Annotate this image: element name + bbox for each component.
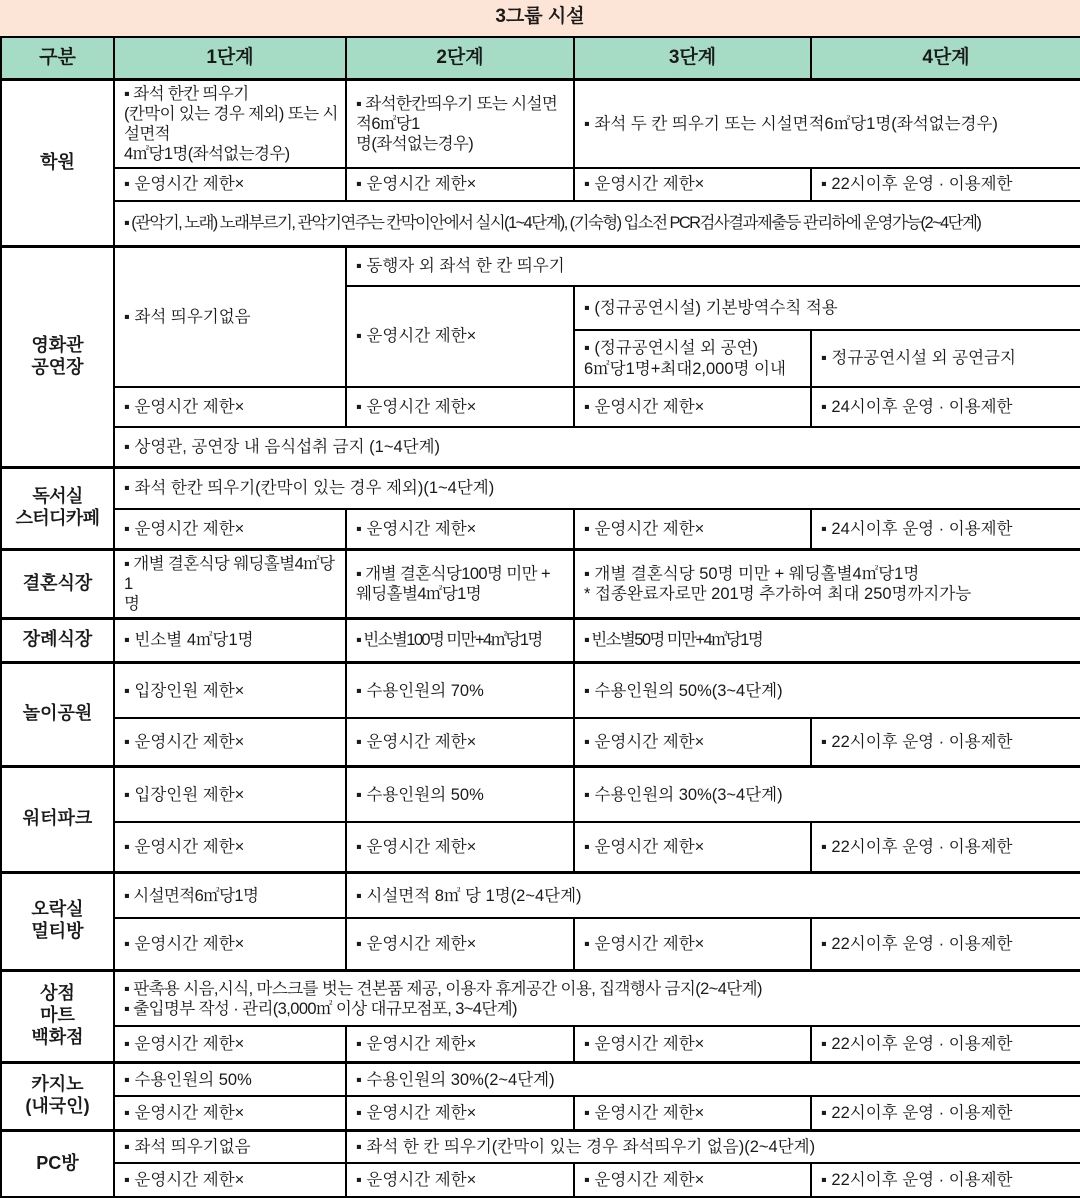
row-label-study: 독서실 스터디카페	[1, 467, 114, 549]
cell-cinema-s2-hours2: ▪ 운영시간 제한×	[346, 387, 574, 427]
cell-hakwon-s3-hours: ▪ 운영시간 제한×	[574, 168, 811, 201]
cell-arcade-s1: ▪ 시설면적6㎡당1명	[114, 872, 346, 918]
cell-arcade-s2-hours: ▪ 운영시간 제한×	[346, 918, 574, 970]
row-funeral: 장례식장 ▪ 빈소별 4㎡당1명 ▪ 빈소별100명 미만+4㎡당1명 ▪ 빈소…	[1, 618, 1080, 662]
cell-arcade-s3-hours: ▪ 운영시간 제한×	[574, 918, 811, 970]
cell-waterpark-s1-hours: ▪ 운영시간 제한×	[114, 822, 346, 872]
cell-study-s4-hours: ▪ 24시이후 운영 · 이용제한	[811, 509, 1080, 549]
cell-waterpark-s2: ▪ 수용인원의 50%	[346, 766, 574, 822]
cell-casino-s234: ▪ 수용인원의 30%(2~4단계)	[346, 1062, 1080, 1096]
cell-hakwon-s34-distancing: ▪ 좌석 두 칸 띄우기 또는 시설면적6㎡당1명(좌석없는경우)	[574, 79, 1080, 168]
cell-hakwon-s2-distancing: ▪ 좌석한칸띄우기 또는 시설면적6㎡당1 명(좌석없는경우)	[346, 79, 574, 168]
row-pcroom-hours: ▪ 운영시간 제한× ▪ 운영시간 제한× ▪ 운영시간 제한× ▪ 22시이후…	[1, 1163, 1080, 1197]
cell-casino-s4-hours: ▪ 22시이후 운영 · 이용제한	[811, 1096, 1080, 1130]
cell-funeral-s2: ▪ 빈소별100명 미만+4㎡당1명	[346, 618, 574, 662]
cell-cinema-note: ▪ 상영관, 공연장 내 음식섭취 금지 (1~4단계)	[114, 427, 1080, 467]
cell-cinema-s1-hours: ▪ 운영시간 제한×	[114, 387, 346, 427]
cell-wedding-s2: ▪ 개별 결혼식당100명 미만 + 웨딩홀별4㎡당1명	[346, 549, 574, 618]
cell-hakwon-s1-hours: ▪ 운영시간 제한×	[114, 168, 346, 201]
row-cinema-note: ▪ 상영관, 공연장 내 음식섭취 금지 (1~4단계)	[1, 427, 1080, 467]
row-casino-hours: ▪ 운영시간 제한× ▪ 운영시간 제한× ▪ 운영시간 제한× ▪ 22시이후…	[1, 1096, 1080, 1130]
cell-arcade-s1-hours: ▪ 운영시간 제한×	[114, 918, 346, 970]
cell-casino-s1-hours: ▪ 운영시간 제한×	[114, 1096, 346, 1130]
cell-cinema-s3-hours: ▪ 운영시간 제한×	[574, 387, 811, 427]
cell-pcroom-s4-hours: ▪ 22시이후 운영 · 이용제한	[811, 1163, 1080, 1197]
header-row: 구분 1단계 2단계 3단계 4단계	[1, 37, 1080, 79]
row-store-hours: ▪ 운영시간 제한× ▪ 운영시간 제한× ▪ 운영시간 제한× ▪ 22시이후…	[1, 1026, 1080, 1062]
cell-waterpark-s4-hours: ▪ 22시이후 운영 · 이용제한	[811, 822, 1080, 872]
cell-cinema-s1-distancing: ▪ 좌석 띄우기없음	[114, 246, 346, 387]
cell-pcroom-s1-hours: ▪ 운영시간 제한×	[114, 1163, 346, 1197]
cell-waterpark-s34: ▪ 수용인원의 30%(3~4단계)	[574, 766, 1080, 822]
cell-waterpark-s2-hours: ▪ 운영시간 제한×	[346, 822, 574, 872]
cell-casino-s3-hours: ▪ 운영시간 제한×	[574, 1096, 811, 1130]
column-header-stage3: 3단계	[574, 37, 811, 79]
row-hakwon-hours: ▪ 운영시간 제한× ▪ 운영시간 제한× ▪ 운영시간 제한× ▪ 22시이후…	[1, 168, 1080, 201]
cell-study-rule: ▪ 좌석 한칸 띄우기(칸막이 있는 경우 제외)(1~4단계)	[114, 467, 1080, 509]
row-study-hours: ▪ 운영시간 제한× ▪ 운영시간 제한× ▪ 운영시간 제한× ▪ 24시이후…	[1, 509, 1080, 549]
column-header-stage1: 1단계	[114, 37, 346, 79]
cell-store-s2-hours: ▪ 운영시간 제한×	[346, 1026, 574, 1062]
row-hakwon-distancing: 학원 ▪ 좌석 한칸 띄우기 (칸막이 있는 경우 제외) 또는 시설면적 4㎡…	[1, 79, 1080, 168]
cell-waterpark-s3-hours: ▪ 운영시간 제한×	[574, 822, 811, 872]
cell-amusement-s4-hours: ▪ 22시이후 운영 · 이용제한	[811, 718, 1080, 766]
cell-amusement-s2: ▪ 수용인원의 70%	[346, 662, 574, 718]
row-amusement-hours: ▪ 운영시간 제한× ▪ 운영시간 제한× ▪ 운영시간 제한× ▪ 22시이후…	[1, 718, 1080, 766]
row-label-wedding: 결혼식장	[1, 549, 114, 618]
row-label-cinema: 영화관 공연장	[1, 246, 114, 467]
row-label-amusement: 놀이공원	[1, 662, 114, 766]
column-header-category: 구분	[1, 37, 114, 79]
cell-casino-s2-hours: ▪ 운영시간 제한×	[346, 1096, 574, 1130]
row-label-casino: 카지노 (내국인)	[1, 1062, 114, 1130]
cell-hakwon-note: ▪ (관악기, 노래) 노래부르기, 관악기연주는 칸막이안에서 실시(1~4단…	[114, 201, 1080, 246]
row-pcroom-distancing: PC방 ▪ 좌석 띄우기없음 ▪ 좌석 한 칸 띄우기(칸막이 있는 경우 좌석…	[1, 1130, 1080, 1163]
row-label-pcroom: PC방	[1, 1130, 114, 1197]
row-label-hakwon: 학원	[1, 79, 114, 246]
cell-store-s4-hours: ▪ 22시이후 운영 · 이용제한	[811, 1026, 1080, 1062]
column-header-stage4: 4단계	[811, 37, 1080, 79]
cell-study-s1-hours: ▪ 운영시간 제한×	[114, 509, 346, 549]
cell-cinema-s3-rule: ▪ (정규공연시설 외 공연) 6㎡당1명+최대2,000명 이내	[574, 330, 811, 387]
facility-restrictions-table: 구분 1단계 2단계 3단계 4단계 학원 ▪ 좌석 한칸 띄우기 (칸막이 있…	[0, 36, 1080, 1198]
cell-amusement-s2-hours: ▪ 운영시간 제한×	[346, 718, 574, 766]
cell-pcroom-s1: ▪ 좌석 띄우기없음	[114, 1130, 346, 1163]
row-store-note: 상점 마트 백화점 ▪ 판촉용 시음,시식, 마스크를 벗는 견본품 제공, 이…	[1, 970, 1080, 1026]
cell-arcade-s234: ▪ 시설면적 8㎡ 당 1명(2~4단계)	[346, 872, 1080, 918]
table-title: 3그룹 시설	[0, 0, 1080, 36]
cell-cinema-s34-rule: ▪ (정규공연시설) 기본방역수칙 적용	[574, 286, 1080, 330]
row-waterpark-capacity: 워터파크 ▪ 입장인원 제한× ▪ 수용인원의 50% ▪ 수용인원의 30%(…	[1, 766, 1080, 822]
cell-funeral-s1: ▪ 빈소별 4㎡당1명	[114, 618, 346, 662]
cell-wedding-s34: ▪ 개별 결혼식당 50명 미만 + 웨딩홀별4㎡당1명 * 접종완료자로만 2…	[574, 549, 1080, 618]
cell-store-note: ▪ 판촉용 시음,시식, 마스크를 벗는 견본품 제공, 이용자 휴게공간 이용…	[114, 970, 1080, 1026]
cell-arcade-s4-hours: ▪ 22시이후 운영 · 이용제한	[811, 918, 1080, 970]
cell-casino-s1: ▪ 수용인원의 50%	[114, 1062, 346, 1096]
row-label-arcade: 오락실 멀티방	[1, 872, 114, 970]
cell-study-s2-hours: ▪ 운영시간 제한×	[346, 509, 574, 549]
row-casino-capacity: 카지노 (내국인) ▪ 수용인원의 50% ▪ 수용인원의 30%(2~4단계)	[1, 1062, 1080, 1096]
cell-wedding-s1: ▪ 개별 결혼식당 웨딩홀별4㎡당1 명	[114, 549, 346, 618]
row-label-store: 상점 마트 백화점	[1, 970, 114, 1062]
cell-amusement-s3-hours: ▪ 운영시간 제한×	[574, 718, 811, 766]
cell-amusement-s1-hours: ▪ 운영시간 제한×	[114, 718, 346, 766]
cell-amusement-s1: ▪ 입장인원 제한×	[114, 662, 346, 718]
cell-store-s1-hours: ▪ 운영시간 제한×	[114, 1026, 346, 1062]
cell-cinema-s2-hours: ▪ 운영시간 제한×	[346, 286, 574, 387]
cell-cinema-s4-rule: ▪ 정규공연시설 외 공연금지	[811, 330, 1080, 387]
cell-cinema-s234-distancing: ▪ 동행자 외 좌석 한 칸 띄우기	[346, 246, 1080, 286]
cell-amusement-s34: ▪ 수용인원의 50%(3~4단계)	[574, 662, 1080, 718]
cell-hakwon-s1-distancing: ▪ 좌석 한칸 띄우기 (칸막이 있는 경우 제외) 또는 시설면적 4㎡당1명…	[114, 79, 346, 168]
cell-pcroom-s234: ▪ 좌석 한 칸 띄우기(칸막이 있는 경우 좌석띄우기 없음)(2~4단계)	[346, 1130, 1080, 1163]
cell-cinema-s4-hours: ▪ 24시이후 운영 · 이용제한	[811, 387, 1080, 427]
cell-hakwon-s2-hours: ▪ 운영시간 제한×	[346, 168, 574, 201]
row-label-waterpark: 워터파크	[1, 766, 114, 872]
cell-pcroom-s3-hours: ▪ 운영시간 제한×	[574, 1163, 811, 1197]
row-arcade-hours: ▪ 운영시간 제한× ▪ 운영시간 제한× ▪ 운영시간 제한× ▪ 22시이후…	[1, 918, 1080, 970]
row-cinema-hours: ▪ 운영시간 제한× ▪ 운영시간 제한× ▪ 운영시간 제한× ▪ 24시이후…	[1, 387, 1080, 427]
row-cinema-top: 영화관 공연장 ▪ 좌석 띄우기없음 ▪ 동행자 외 좌석 한 칸 띄우기	[1, 246, 1080, 286]
row-study-distancing: 독서실 스터디카페 ▪ 좌석 한칸 띄우기(칸막이 있는 경우 제외)(1~4단…	[1, 467, 1080, 509]
cell-waterpark-s1: ▪ 입장인원 제한×	[114, 766, 346, 822]
row-arcade-capacity: 오락실 멀티방 ▪ 시설면적6㎡당1명 ▪ 시설면적 8㎡ 당 1명(2~4단계…	[1, 872, 1080, 918]
row-waterpark-hours: ▪ 운영시간 제한× ▪ 운영시간 제한× ▪ 운영시간 제한× ▪ 22시이후…	[1, 822, 1080, 872]
row-label-funeral: 장례식장	[1, 618, 114, 662]
cell-store-s3-hours: ▪ 운영시간 제한×	[574, 1026, 811, 1062]
row-hakwon-note: ▪ (관악기, 노래) 노래부르기, 관악기연주는 칸막이안에서 실시(1~4단…	[1, 201, 1080, 246]
cell-hakwon-s4-hours: ▪ 22시이후 운영 · 이용제한	[811, 168, 1080, 201]
cell-study-s3-hours: ▪ 운영시간 제한×	[574, 509, 811, 549]
row-wedding: 결혼식장 ▪ 개별 결혼식당 웨딩홀별4㎡당1 명 ▪ 개별 결혼식당100명 …	[1, 549, 1080, 618]
row-amusement-capacity: 놀이공원 ▪ 입장인원 제한× ▪ 수용인원의 70% ▪ 수용인원의 50%(…	[1, 662, 1080, 718]
cell-pcroom-s2-hours: ▪ 운영시간 제한×	[346, 1163, 574, 1197]
cell-funeral-s34: ▪ 빈소별50명 미만+4㎡당1명	[574, 618, 1080, 662]
column-header-stage2: 2단계	[346, 37, 574, 79]
